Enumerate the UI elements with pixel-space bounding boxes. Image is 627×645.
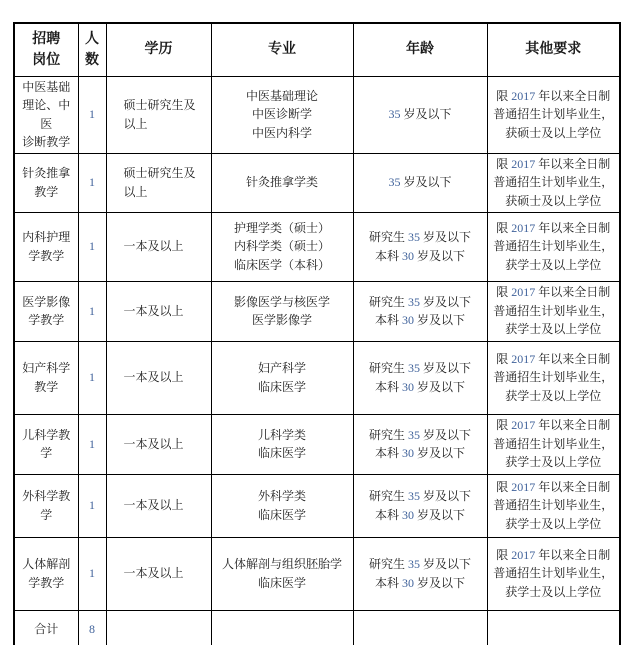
- number: 2017: [511, 548, 535, 562]
- page: 招聘 岗位 人 数 学历 专业 年龄 其他要求 中医基础 理论、中医 诊断教学1…: [0, 0, 627, 645]
- cell-education: 一本及以上: [106, 537, 211, 610]
- cell-major: 妇产科学 临床医学: [211, 341, 353, 414]
- cell-other: 限 2017 年以来全日制 普通招生计划毕业生， 获硕士及以上学位: [487, 153, 620, 212]
- table-row: 内科护理 学教学1一本及以上护理学类（硕士） 内科学类（硕士） 临床医学（本科）…: [14, 212, 620, 281]
- cell-position: 儿科学教 学: [14, 414, 78, 474]
- number: 35: [388, 107, 400, 121]
- cell-position: 人体解剖 学教学: [14, 537, 78, 610]
- header-count: 人 数: [78, 23, 106, 76]
- number: 1: [89, 107, 95, 121]
- number: 2017: [511, 221, 535, 235]
- header-row: 招聘 岗位 人 数 学历 专业 年龄 其他要求: [14, 23, 620, 76]
- cell-count: 1: [78, 474, 106, 537]
- cell-education: 一本及以上: [106, 212, 211, 281]
- cell-age: 研究生 35 岁及以下 本科 30 岁及以下: [353, 212, 487, 281]
- number: 1: [89, 239, 95, 253]
- table-header: 招聘 岗位 人 数 学历 专业 年龄 其他要求: [14, 23, 620, 76]
- number: 35: [408, 428, 420, 442]
- header-education: 学历: [106, 23, 211, 76]
- table-row: 妇产科学 教学1一本及以上妇产科学 临床医学研究生 35 岁及以下 本科 30 …: [14, 341, 620, 414]
- number: 30: [402, 508, 414, 522]
- cell-education: 硕士研究生及 以上: [106, 76, 211, 153]
- cell-other: 限 2017 年以来全日制 普通招生计划毕业生， 获学士及以上学位: [487, 474, 620, 537]
- number: 30: [402, 313, 414, 327]
- cell-age: 35 岁及以下: [353, 76, 487, 153]
- cell-position: 妇产科学 教学: [14, 341, 78, 414]
- number: 35: [408, 230, 420, 244]
- cell-other: 限 2017 年以来全日制 普通招生计划毕业生， 获学士及以上学位: [487, 537, 620, 610]
- total-empty-age: [353, 610, 487, 645]
- table-row: 儿科学教 学1一本及以上儿科学类 临床医学研究生 35 岁及以下 本科 30 岁…: [14, 414, 620, 474]
- number: 30: [402, 576, 414, 590]
- cell-count: 1: [78, 212, 106, 281]
- cell-other: 限 2017 年以来全日制 普通招生计划毕业生， 获学士及以上学位: [487, 414, 620, 474]
- cell-position: 医学影像 学教学: [14, 281, 78, 341]
- total-label: 合计: [14, 610, 78, 645]
- total-row: 合计 8: [14, 610, 620, 645]
- cell-major: 外科学类 临床医学: [211, 474, 353, 537]
- cell-other: 限 2017 年以来全日制 普通招生计划毕业生， 获硕士及以上学位: [487, 76, 620, 153]
- number: 2017: [511, 157, 535, 171]
- table-row: 医学影像 学教学1一本及以上影像医学与核医学 医学影像学研究生 35 岁及以下 …: [14, 281, 620, 341]
- total-count: 8: [78, 610, 106, 645]
- cell-age: 研究生 35 岁及以下 本科 30 岁及以下: [353, 414, 487, 474]
- cell-age: 研究生 35 岁及以下 本科 30 岁及以下: [353, 474, 487, 537]
- cell-education: 一本及以上: [106, 474, 211, 537]
- number: 35: [408, 295, 420, 309]
- header-other-requirements: 其他要求: [487, 23, 620, 76]
- cell-count: 1: [78, 537, 106, 610]
- cell-count: 1: [78, 341, 106, 414]
- header-major: 专业: [211, 23, 353, 76]
- number: 8: [89, 622, 95, 636]
- cell-position: 中医基础 理论、中医 诊断教学: [14, 76, 78, 153]
- total-empty-major: [211, 610, 353, 645]
- cell-other: 限 2017 年以来全日制 普通招生计划毕业生， 获学士及以上学位: [487, 341, 620, 414]
- cell-education: 一本及以上: [106, 414, 211, 474]
- cell-major: 影像医学与核医学 医学影像学: [211, 281, 353, 341]
- table-body: 中医基础 理论、中医 诊断教学1硕士研究生及 以上中医基础理论 中医诊断学 中医…: [14, 76, 620, 610]
- table-row: 外科学教 学1一本及以上外科学类 临床医学研究生 35 岁及以下 本科 30 岁…: [14, 474, 620, 537]
- number: 2017: [511, 480, 535, 494]
- cell-major: 儿科学类 临床医学: [211, 414, 353, 474]
- number: 1: [89, 566, 95, 580]
- number: 1: [89, 498, 95, 512]
- cell-age: 研究生 35 岁及以下 本科 30 岁及以下: [353, 281, 487, 341]
- cell-position: 外科学教 学: [14, 474, 78, 537]
- number: 30: [402, 446, 414, 460]
- cell-other: 限 2017 年以来全日制 普通招生计划毕业生， 获学士及以上学位: [487, 212, 620, 281]
- number: 1: [89, 304, 95, 318]
- cell-count: 1: [78, 153, 106, 212]
- number: 1: [89, 175, 95, 189]
- total-empty-other: [487, 610, 620, 645]
- number: 1: [89, 370, 95, 384]
- number: 30: [402, 380, 414, 394]
- cell-count: 1: [78, 76, 106, 153]
- cell-education: 硕士研究生及 以上: [106, 153, 211, 212]
- recruitment-table: 招聘 岗位 人 数 学历 专业 年龄 其他要求 中医基础 理论、中医 诊断教学1…: [13, 22, 621, 645]
- cell-count: 1: [78, 414, 106, 474]
- cell-age: 研究生 35 岁及以下 本科 30 岁及以下: [353, 341, 487, 414]
- table-row: 针灸推拿 教学1硕士研究生及 以上针灸推拿学类35 岁及以下限 2017 年以来…: [14, 153, 620, 212]
- cell-count: 1: [78, 281, 106, 341]
- number: 2017: [511, 418, 535, 432]
- number: 2017: [511, 89, 535, 103]
- header-age: 年龄: [353, 23, 487, 76]
- number: 2017: [511, 352, 535, 366]
- cell-position: 内科护理 学教学: [14, 212, 78, 281]
- cell-major: 中医基础理论 中医诊断学 中医内科学: [211, 76, 353, 153]
- cell-major: 护理学类（硕士） 内科学类（硕士） 临床医学（本科）: [211, 212, 353, 281]
- table-footer: 合计 8: [14, 610, 620, 645]
- cell-education: 一本及以上: [106, 281, 211, 341]
- cell-major: 人体解剖与组织胚胎学 临床医学: [211, 537, 353, 610]
- number: 35: [408, 489, 420, 503]
- table-row: 人体解剖 学教学1一本及以上人体解剖与组织胚胎学 临床医学研究生 35 岁及以下…: [14, 537, 620, 610]
- number: 1: [89, 437, 95, 451]
- number: 35: [388, 175, 400, 189]
- cell-age: 研究生 35 岁及以下 本科 30 岁及以下: [353, 537, 487, 610]
- cell-age: 35 岁及以下: [353, 153, 487, 212]
- number: 2017: [511, 285, 535, 299]
- cell-major: 针灸推拿学类: [211, 153, 353, 212]
- cell-position: 针灸推拿 教学: [14, 153, 78, 212]
- number: 35: [408, 557, 420, 571]
- total-empty-education: [106, 610, 211, 645]
- cell-education: 一本及以上: [106, 341, 211, 414]
- header-position: 招聘 岗位: [14, 23, 78, 76]
- cell-other: 限 2017 年以来全日制 普通招生计划毕业生， 获学士及以上学位: [487, 281, 620, 341]
- number: 35: [408, 361, 420, 375]
- table-row: 中医基础 理论、中医 诊断教学1硕士研究生及 以上中医基础理论 中医诊断学 中医…: [14, 76, 620, 153]
- number: 30: [402, 249, 414, 263]
